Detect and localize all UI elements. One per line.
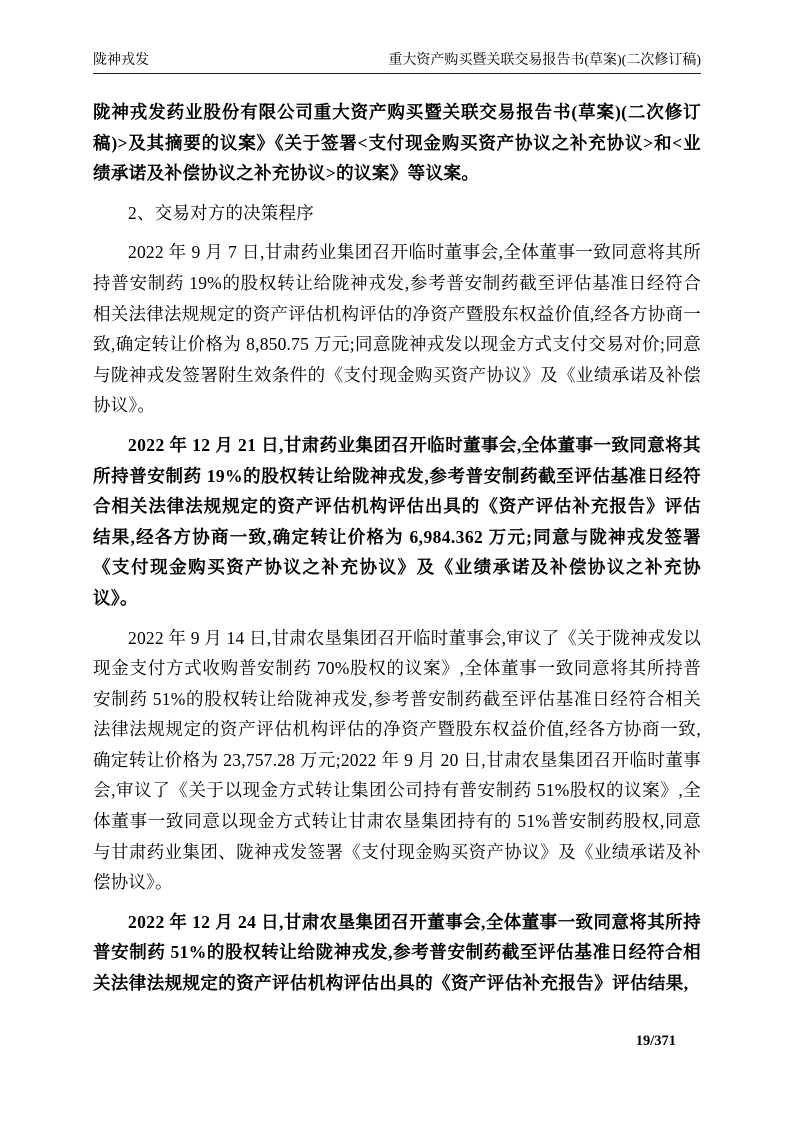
section-heading: 2、交易对方的决策程序 — [93, 198, 701, 229]
page-number: 19/371 — [636, 1033, 676, 1049]
paragraph: 2022 年 9 月 7 日,甘肃药业集团召开临时董事会,全体董事一致同意将其所… — [93, 237, 701, 421]
header-report-title: 重大资产购买暨关联交易报告书(草案)(二次修订稿) — [388, 52, 701, 70]
page-header: 陇神戎发 重大资产购买暨关联交易报告书(草案)(二次修订稿) — [93, 52, 701, 74]
document-body: 陇神戎发药业股份有限公司重大资产购买暨关联交易报告书(草案)(二次修订稿)>及其… — [93, 97, 701, 999]
paragraph: 2022 年 12 月 21 日,甘肃药业集团召开临时董事会,全体董事一致同意将… — [93, 430, 701, 614]
paragraph: 2022 年 12 月 24 日,甘肃农垦集团召开董事会,全体董事一致同意将其所… — [93, 907, 701, 999]
header-company-name: 陇神戎发 — [93, 52, 149, 70]
page-footer: 19/371 — [92, 1033, 701, 1050]
paragraph: 2022 年 9 月 14 日,甘肃农垦集团召开临时董事会,审议了《关于陇神戎发… — [93, 623, 701, 898]
paragraph: 陇神戎发药业股份有限公司重大资产购买暨关联交易报告书(草案)(二次修订稿)>及其… — [93, 97, 701, 189]
document-page: 陇神戎发 重大资产购买暨关联交易报告书(草案)(二次修订稿) 陇神戎发药业股份有… — [0, 0, 793, 1122]
